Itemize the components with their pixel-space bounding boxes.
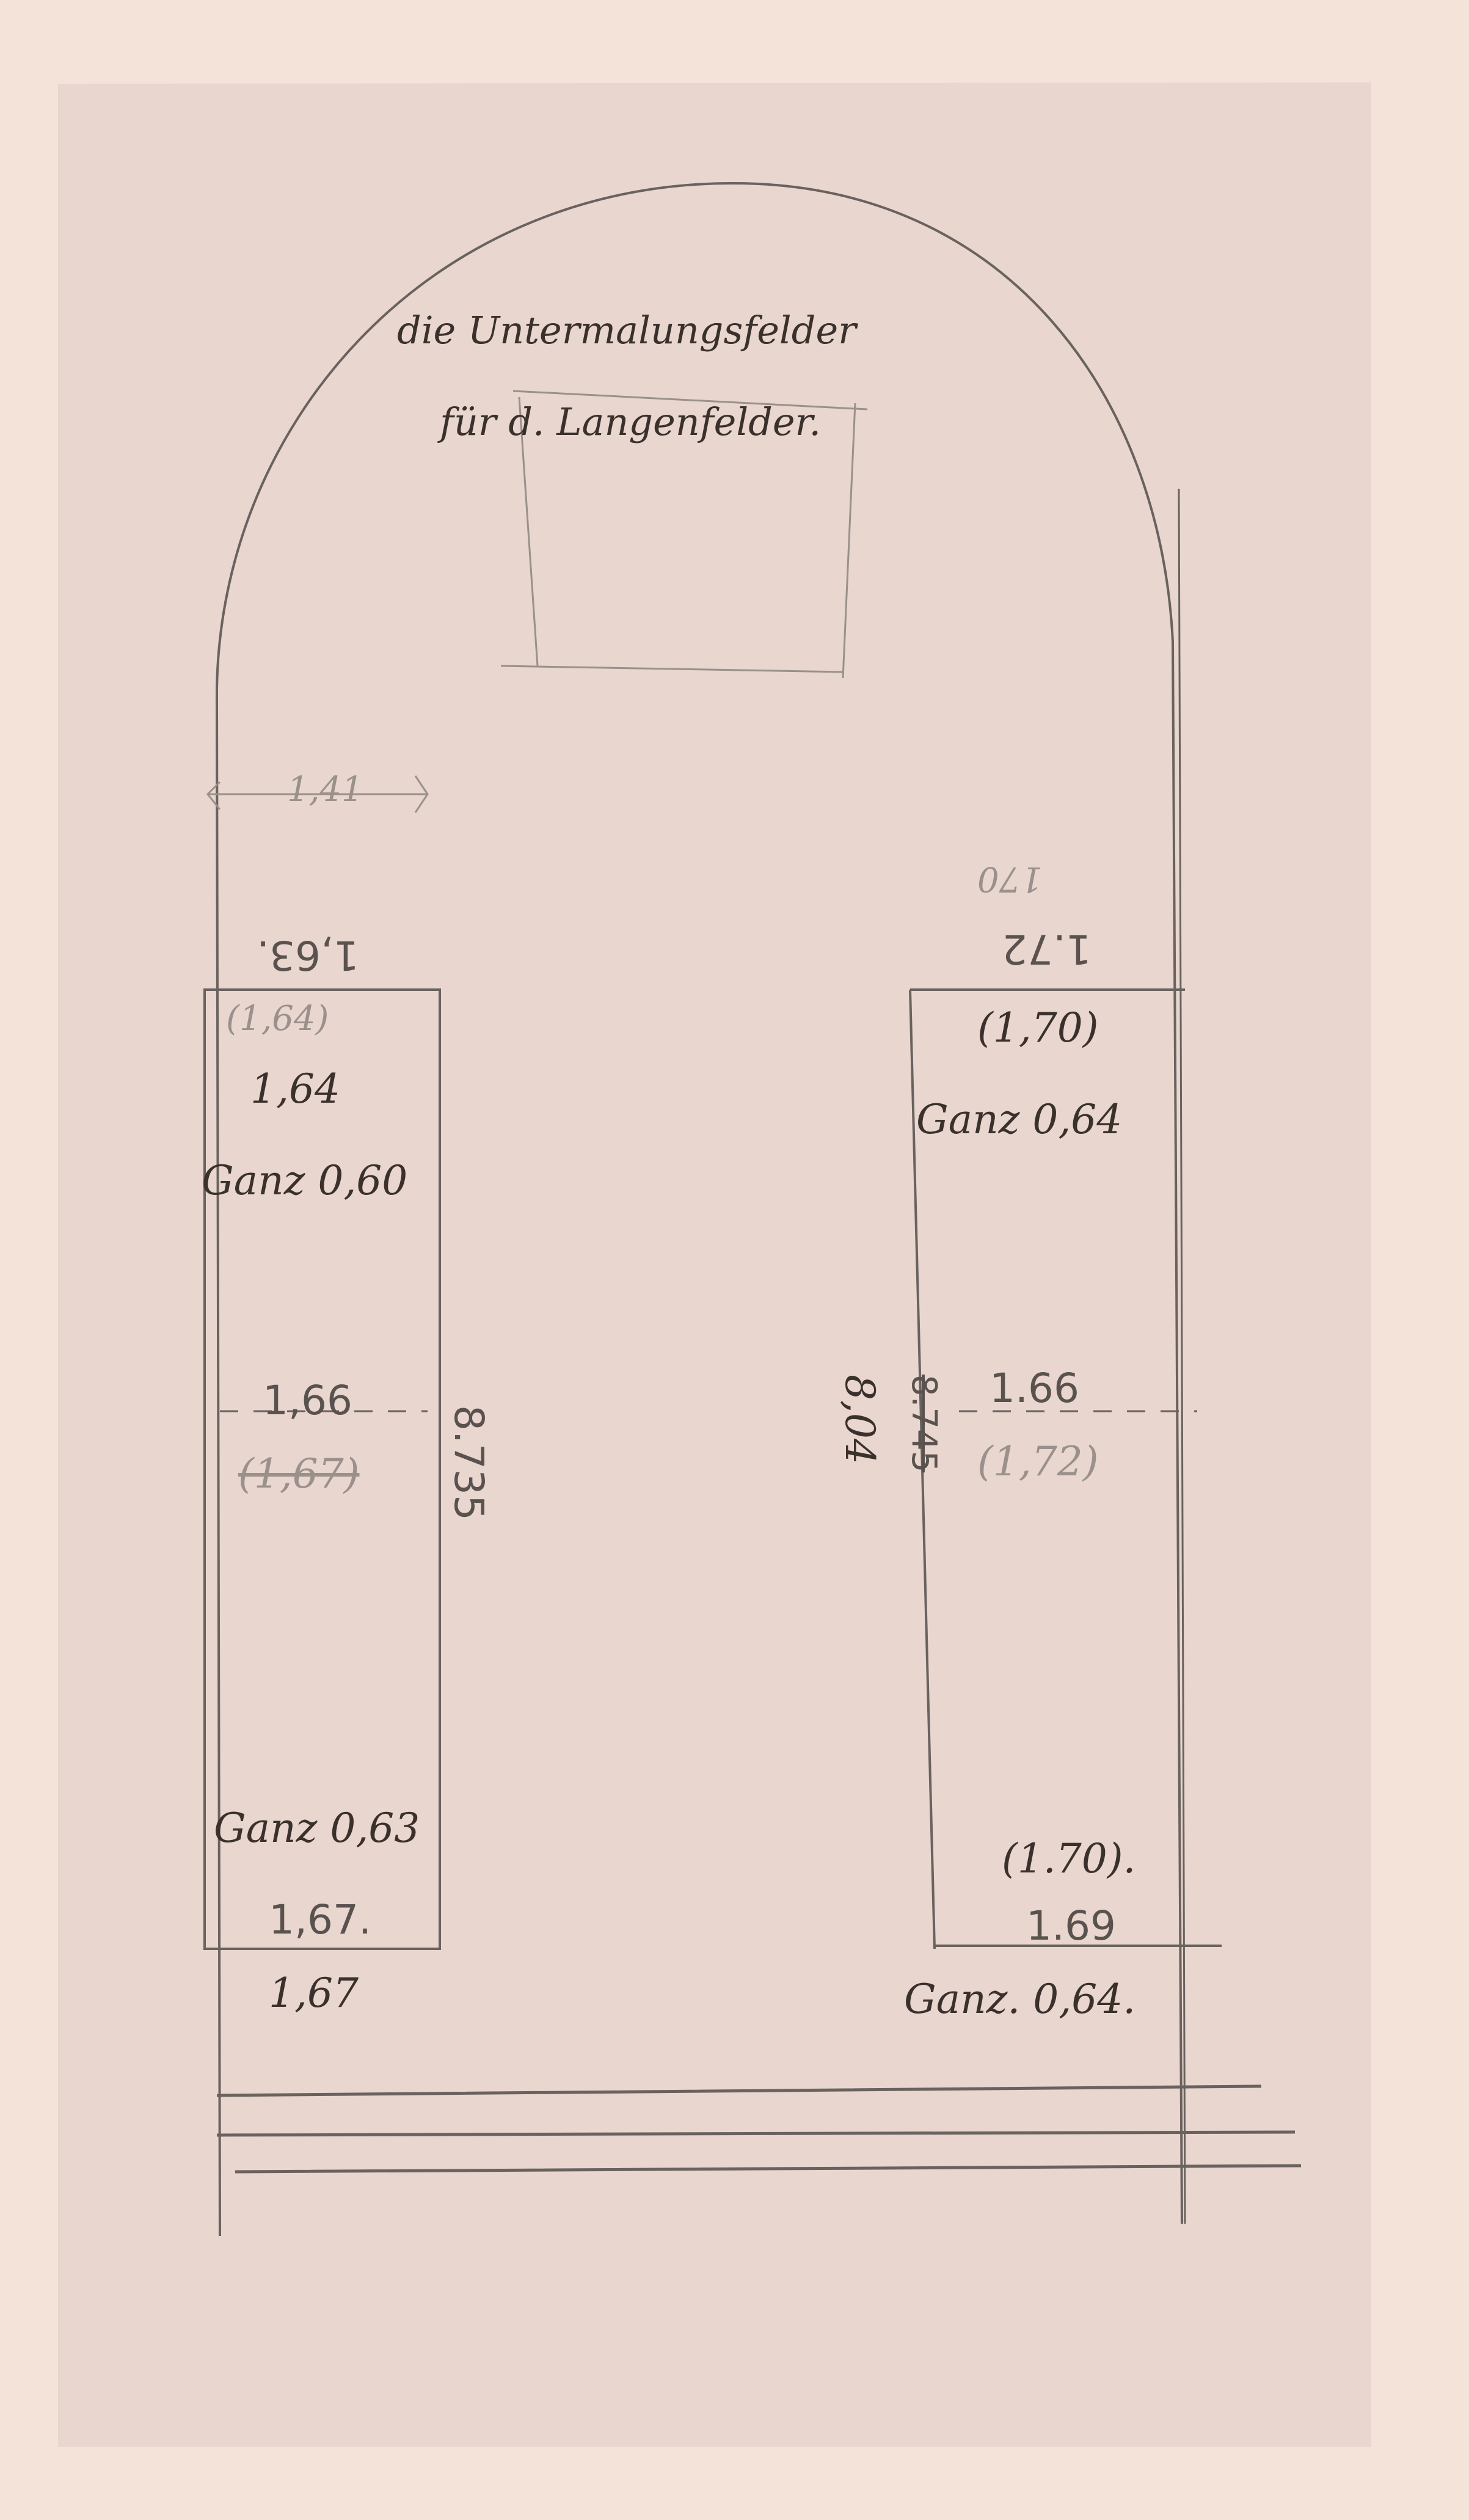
right-ganz-top: Ganz 0,64 — [916, 1100, 1122, 1140]
left-top-outside: 1,63. — [257, 935, 359, 975]
left-middle: 1,66 — [263, 1381, 352, 1421]
heading-line-2: für d. Langenfelder. — [440, 403, 821, 441]
right-bottom-bracket: (1.70). — [1002, 1839, 1135, 1879]
left-bottom-inside: 1,67. — [269, 1900, 371, 1940]
right-middle-bracket: (1,72) — [977, 1442, 1098, 1482]
right-bottom-inside: 1.69 — [1026, 1906, 1116, 1946]
left-middle-bracket: (1,67) — [238, 1454, 359, 1494]
left-value-top: 1,64 — [250, 1069, 340, 1109]
right-middle: 1.66 — [990, 1368, 1079, 1409]
left-ganz-top: Ganz 0,60 — [202, 1161, 407, 1201]
right-top-bracket: (1,70) — [977, 1008, 1098, 1048]
top-width-dimension: 1,41 — [287, 773, 363, 807]
right-vertical-height: 8,04 — [839, 1375, 880, 1464]
right-top-pencil: 170 — [977, 861, 1043, 896]
heading-line-1: die Untermalungsfelder — [397, 312, 856, 349]
left-top-bracket: (1,64) — [226, 1002, 329, 1036]
left-vertical-height: 8.735 — [448, 1405, 489, 1521]
right-ganz-bottom: Ganz. 0,64. — [904, 1979, 1135, 2020]
right-top-outside: 1.72 — [1002, 929, 1092, 969]
arch-drawing — [0, 0, 1469, 2520]
left-ganz-bottom: Ganz 0,63 — [214, 1808, 420, 1849]
right-vertical-height-struck: 8.745 — [906, 1375, 941, 1472]
left-bottom-outside: 1,67 — [269, 1973, 359, 2014]
